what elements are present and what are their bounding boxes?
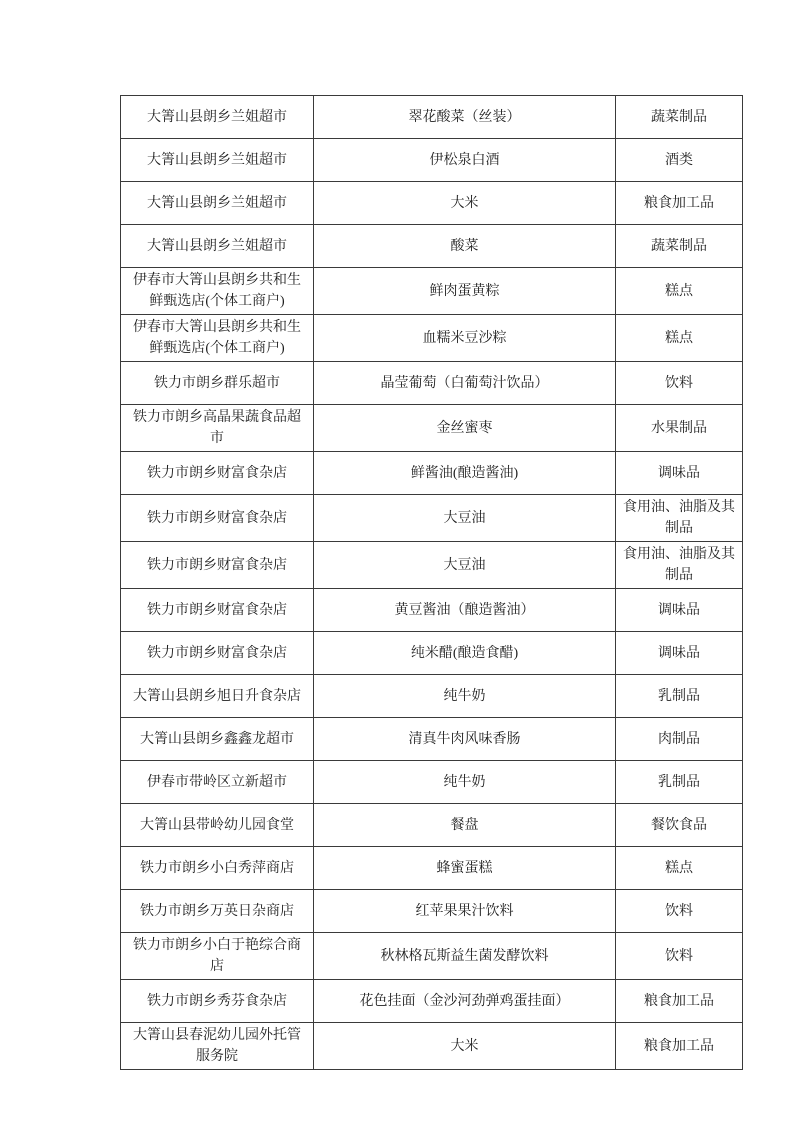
store-name-cell: 大箐山县带岭幼儿园食堂 <box>121 804 314 847</box>
product-name-cell: 秋林格瓦斯益生菌发酵饮料 <box>314 933 616 980</box>
table-row: 大箐山县朗乡兰姐超市 大米 粮食加工品 <box>121 182 743 225</box>
table-row: 大箐山县春泥幼儿园外托管服务院 大米 粮食加工品 <box>121 1023 743 1070</box>
store-name-cell: 铁力市朗乡高晶果蔬食品超市 <box>121 405 314 452</box>
store-name-cell: 大箐山县朗乡兰姐超市 <box>121 96 314 139</box>
product-name-cell: 鲜酱油(酿造酱油) <box>314 452 616 495</box>
store-name-cell: 铁力市朗乡小白秀萍商店 <box>121 847 314 890</box>
product-category-cell: 调味品 <box>616 632 743 675</box>
product-name-cell: 纯牛奶 <box>314 675 616 718</box>
store-name-cell: 大箐山县朗乡兰姐超市 <box>121 139 314 182</box>
table-row: 大箐山县朗乡兰姐超市 伊松泉白酒 酒类 <box>121 139 743 182</box>
store-name-cell: 铁力市朗乡秀芬食杂店 <box>121 980 314 1023</box>
product-category-cell: 调味品 <box>616 452 743 495</box>
store-name-cell: 铁力市朗乡万英日杂商店 <box>121 890 314 933</box>
product-category-cell: 粮食加工品 <box>616 980 743 1023</box>
product-name-cell: 晶莹葡萄（白葡萄汁饮品） <box>314 362 616 405</box>
product-category-cell: 饮料 <box>616 933 743 980</box>
document-page: 大箐山县朗乡兰姐超市 翠花酸菜（丝装） 蔬菜制品 大箐山县朗乡兰姐超市 伊松泉白… <box>0 0 793 1122</box>
product-name-cell: 餐盘 <box>314 804 616 847</box>
product-category-cell: 调味品 <box>616 589 743 632</box>
table-row: 铁力市朗乡小白秀萍商店 蜂蜜蛋糕 糕点 <box>121 847 743 890</box>
store-name-cell: 铁力市朗乡小白于艳综合商店 <box>121 933 314 980</box>
table-row: 伊春市大箐山县朗乡共和生鲜甄选店(个体工商户) 鲜肉蛋黄粽 糕点 <box>121 268 743 315</box>
product-category-cell: 粮食加工品 <box>616 182 743 225</box>
product-name-cell: 血糯米豆沙粽 <box>314 315 616 362</box>
product-name-cell: 大豆油 <box>314 495 616 542</box>
store-name-cell: 铁力市朗乡财富食杂店 <box>121 632 314 675</box>
table-row: 伊春市大箐山县朗乡共和生鲜甄选店(个体工商户) 血糯米豆沙粽 糕点 <box>121 315 743 362</box>
store-name-cell: 伊春市大箐山县朗乡共和生鲜甄选店(个体工商户) <box>121 268 314 315</box>
table-row: 铁力市朗乡秀芬食杂店 花色挂面（金沙河劲弹鸡蛋挂面） 粮食加工品 <box>121 980 743 1023</box>
product-category-cell: 乳制品 <box>616 675 743 718</box>
table-row: 铁力市朗乡高晶果蔬食品超市 金丝蜜枣 水果制品 <box>121 405 743 452</box>
product-name-cell: 鲜肉蛋黄粽 <box>314 268 616 315</box>
table-row: 铁力市朗乡万英日杂商店 红苹果果汁饮料 饮料 <box>121 890 743 933</box>
product-name-cell: 蜂蜜蛋糕 <box>314 847 616 890</box>
store-name-cell: 铁力市朗乡财富食杂店 <box>121 542 314 589</box>
product-name-cell: 金丝蜜枣 <box>314 405 616 452</box>
table-row: 大箐山县朗乡鑫鑫龙超市 清真牛肉风味香肠 肉制品 <box>121 718 743 761</box>
product-category-cell: 水果制品 <box>616 405 743 452</box>
product-name-cell: 清真牛肉风味香肠 <box>314 718 616 761</box>
product-category-cell: 粮食加工品 <box>616 1023 743 1070</box>
store-name-cell: 大箐山县春泥幼儿园外托管服务院 <box>121 1023 314 1070</box>
store-name-cell: 大箐山县朗乡兰姐超市 <box>121 225 314 268</box>
product-category-cell: 食用油、油脂及其制品 <box>616 542 743 589</box>
product-name-cell: 大豆油 <box>314 542 616 589</box>
product-category-cell: 糕点 <box>616 847 743 890</box>
product-category-cell: 饮料 <box>616 890 743 933</box>
store-name-cell: 铁力市朗乡群乐超市 <box>121 362 314 405</box>
table-row: 大箐山县朗乡兰姐超市 翠花酸菜（丝装） 蔬菜制品 <box>121 96 743 139</box>
store-name-cell: 大箐山县朗乡旭日升食杂店 <box>121 675 314 718</box>
table-row: 铁力市朗乡财富食杂店 纯米醋(酿造食醋) 调味品 <box>121 632 743 675</box>
inspection-table-body: 大箐山县朗乡兰姐超市 翠花酸菜（丝装） 蔬菜制品 大箐山县朗乡兰姐超市 伊松泉白… <box>121 96 743 1070</box>
product-category-cell: 肉制品 <box>616 718 743 761</box>
product-category-cell: 乳制品 <box>616 761 743 804</box>
product-name-cell: 花色挂面（金沙河劲弹鸡蛋挂面） <box>314 980 616 1023</box>
product-name-cell: 伊松泉白酒 <box>314 139 616 182</box>
product-category-cell: 餐饮食品 <box>616 804 743 847</box>
product-name-cell: 翠花酸菜（丝装） <box>314 96 616 139</box>
store-name-cell: 大箐山县朗乡鑫鑫龙超市 <box>121 718 314 761</box>
table-row: 铁力市朗乡财富食杂店 大豆油 食用油、油脂及其制品 <box>121 542 743 589</box>
table-row: 铁力市朗乡财富食杂店 鲜酱油(酿造酱油) 调味品 <box>121 452 743 495</box>
product-category-cell: 食用油、油脂及其制品 <box>616 495 743 542</box>
table-row: 铁力市朗乡小白于艳综合商店 秋林格瓦斯益生菌发酵饮料 饮料 <box>121 933 743 980</box>
product-name-cell: 红苹果果汁饮料 <box>314 890 616 933</box>
product-category-cell: 糕点 <box>616 268 743 315</box>
store-name-cell: 伊春市大箐山县朗乡共和生鲜甄选店(个体工商户) <box>121 315 314 362</box>
store-name-cell: 铁力市朗乡财富食杂店 <box>121 452 314 495</box>
store-name-cell: 大箐山县朗乡兰姐超市 <box>121 182 314 225</box>
store-name-cell: 伊春市带岭区立新超市 <box>121 761 314 804</box>
product-name-cell: 酸菜 <box>314 225 616 268</box>
product-category-cell: 酒类 <box>616 139 743 182</box>
table-row: 铁力市朗乡财富食杂店 黄豆酱油（酿造酱油） 调味品 <box>121 589 743 632</box>
product-name-cell: 纯米醋(酿造食醋) <box>314 632 616 675</box>
product-category-cell: 饮料 <box>616 362 743 405</box>
table-row: 大箐山县朗乡旭日升食杂店 纯牛奶 乳制品 <box>121 675 743 718</box>
table-row: 大箐山县朗乡兰姐超市 酸菜 蔬菜制品 <box>121 225 743 268</box>
product-name-cell: 大米 <box>314 1023 616 1070</box>
table-row: 伊春市带岭区立新超市 纯牛奶 乳制品 <box>121 761 743 804</box>
inspection-records-table: 大箐山县朗乡兰姐超市 翠花酸菜（丝装） 蔬菜制品 大箐山县朗乡兰姐超市 伊松泉白… <box>120 95 743 1070</box>
table-row: 大箐山县带岭幼儿园食堂 餐盘 餐饮食品 <box>121 804 743 847</box>
product-name-cell: 黄豆酱油（酿造酱油） <box>314 589 616 632</box>
store-name-cell: 铁力市朗乡财富食杂店 <box>121 589 314 632</box>
table-row: 铁力市朗乡财富食杂店 大豆油 食用油、油脂及其制品 <box>121 495 743 542</box>
product-category-cell: 蔬菜制品 <box>616 96 743 139</box>
product-name-cell: 纯牛奶 <box>314 761 616 804</box>
table-row: 铁力市朗乡群乐超市 晶莹葡萄（白葡萄汁饮品） 饮料 <box>121 362 743 405</box>
store-name-cell: 铁力市朗乡财富食杂店 <box>121 495 314 542</box>
product-category-cell: 蔬菜制品 <box>616 225 743 268</box>
product-category-cell: 糕点 <box>616 315 743 362</box>
product-name-cell: 大米 <box>314 182 616 225</box>
